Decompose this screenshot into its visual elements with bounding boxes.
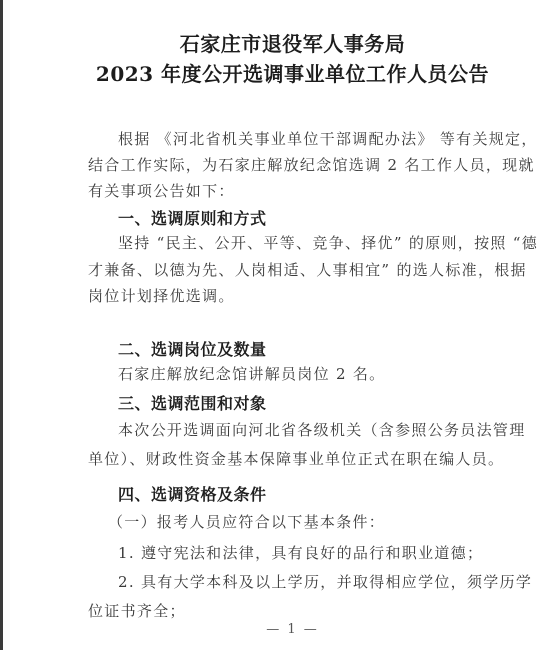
- section-3-line-1: 本次公开选调面向河北省各级机关（含参照公务员法管理: [118, 419, 526, 440]
- section-4-item-2: 2. 具有大学本科及以上学历，并取得相应学位，须学历学: [118, 571, 532, 592]
- section-2-heading: 二、选调岗位及数量: [118, 337, 267, 360]
- section-4-subheading: （一）报考人员应符合以下基本条件：: [108, 511, 385, 532]
- section-1-heading: 一、选调原则和方式: [118, 206, 267, 229]
- section-1-line-2: 才兼备、以德为先、人岗相适、人事相宜” 的选人标准，根据: [88, 259, 527, 280]
- section-4-item-2-cont: 位证书齐全；: [88, 600, 186, 621]
- intro-line-2: 结合工作实际，为石家庄解放纪念馆选调 2 名工作人员，现就: [88, 154, 535, 175]
- section-3-line-2: 单位）、财政性资金基本保障事业单位正式在职在编人员。: [88, 448, 504, 469]
- section-1-line-1: 坚持 “民主、公开、平等、竞争、择优” 的原则，按照 “德: [118, 232, 538, 253]
- section-4-heading: 四、选调资格及条件: [118, 482, 267, 505]
- intro-line-1: 根据 《河北省机关事业单位干部调配办法》 等有关规定，: [118, 128, 538, 149]
- section-4-item-1: 1. 遵守宪法和法律，具有良好的品行和职业道德；: [118, 542, 483, 563]
- section-3-heading: 三、选调范围和对象: [118, 391, 267, 414]
- page-number: — 1 —: [0, 622, 543, 637]
- document-page: 石家庄市退役军人事务局 2023 年度公开选调事业单位工作人员公告 根据 《河北…: [0, 0, 543, 650]
- intro-line-3: 有关事项公告如下：: [88, 180, 235, 201]
- section-1-line-3: 岗位计划择优选调。: [88, 285, 235, 306]
- section-2-line-1: 石家庄解放纪念馆讲解员岗位 2 名。: [118, 363, 385, 384]
- document-title-line1: 石家庄市退役军人事务局: [0, 28, 543, 57]
- document-title-line2: 2023 年度公开选调事业单位工作人员公告: [0, 58, 543, 87]
